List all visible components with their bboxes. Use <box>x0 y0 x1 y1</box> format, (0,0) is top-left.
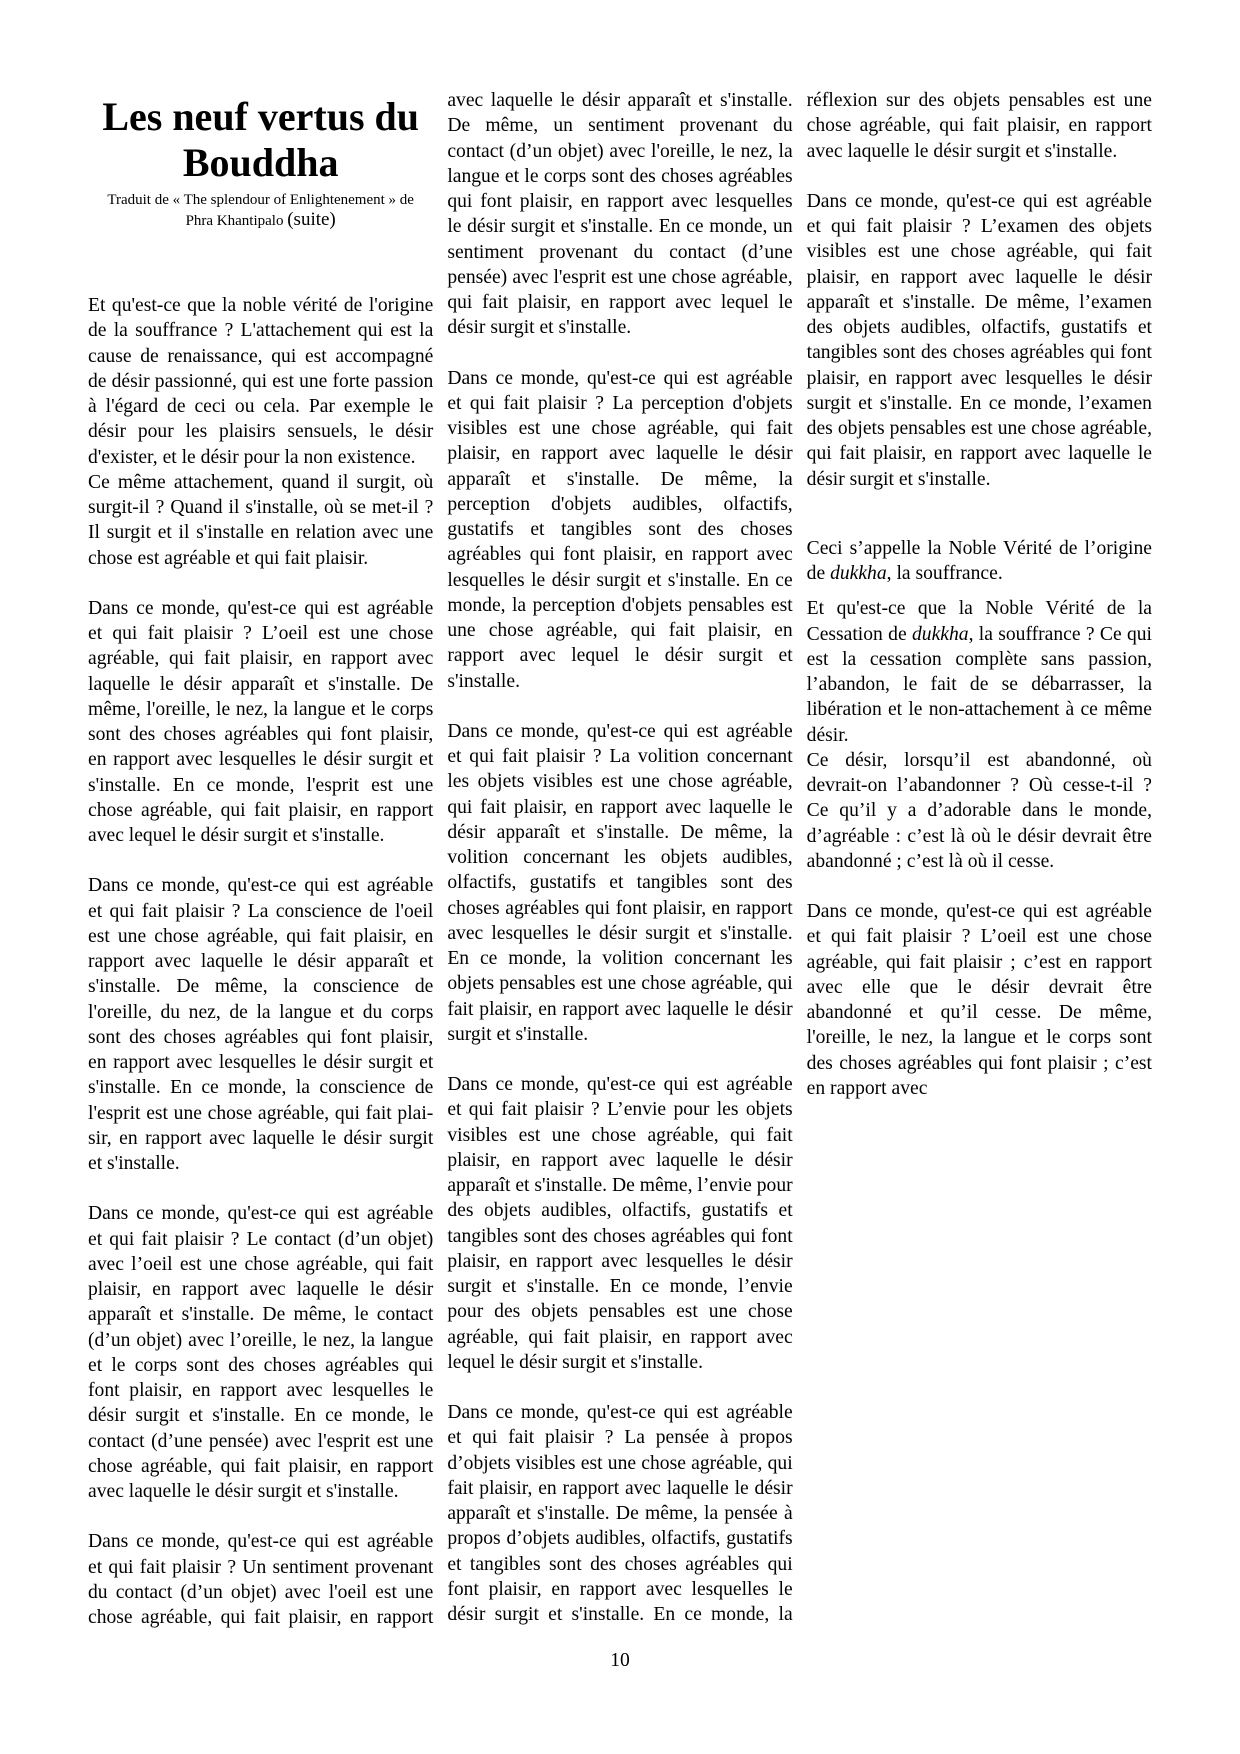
page-number: 10 <box>88 1648 1152 1673</box>
paragraph: Et qu'est-ce que la noble vérité de l'or… <box>88 293 433 470</box>
paragraph: Ce même attachement, quand il sur­git, o… <box>88 470 433 571</box>
paragraph: Ceci s’appelle la Noble Vérité de l’orig… <box>807 536 1152 587</box>
subtitle-line1: Traduit de « The splendour of Enlightene… <box>107 192 414 208</box>
paragraph: Dans ce monde, qu'est-ce qui est agréabl… <box>88 1201 433 1504</box>
text-run: Ce même attachement, quand il sur­git, o… <box>88 472 433 569</box>
paragraph: Dans ce monde, qu'est-ce qui est agréabl… <box>447 719 792 1047</box>
text-run: Dans ce monde, qu'est-ce qui est agréabl… <box>88 875 433 1174</box>
paragraph: Dans ce monde, qu'est-ce qui est agréabl… <box>88 596 433 849</box>
document-page: Les neuf vertus du Bouddha Traduit de « … <box>0 0 1240 1754</box>
page-title: Les neuf vertus du Bouddha <box>88 94 433 186</box>
text-run: Dans ce monde, qu'est-ce qui est agréabl… <box>88 598 433 846</box>
paragraph: Dans ce monde, qu'est-ce qui est agréabl… <box>88 873 433 1176</box>
paragraph: Ce désir, lorsqu’il est abandonné, où de… <box>807 748 1152 874</box>
text-run: Dans ce monde, qu'est-ce qui est agréabl… <box>447 368 792 692</box>
paragraph: Dans ce monde, qu'est-ce qui est agréabl… <box>447 366 792 694</box>
subtitle-line2: Phra Khantipalo <box>186 213 288 229</box>
article-subtitle: Traduit de « The splendour of Enlightene… <box>88 190 433 231</box>
text-run: , la souffrance. <box>887 563 1003 584</box>
paragraph: Dans ce monde, qu'est-ce qui est agréabl… <box>807 189 1152 492</box>
subtitle-suite-label: (suite) <box>287 209 336 230</box>
text-run: Et qu'est-ce que la noble vérité de l'or… <box>88 295 433 468</box>
italic-term: dukkha <box>912 624 969 645</box>
italic-term: dukkha <box>830 563 887 584</box>
text-run: Dans ce monde, qu'est-ce qui est agréabl… <box>88 1203 433 1502</box>
text-run: Dans ce monde, qu'est-ce qui est agréabl… <box>807 901 1152 1099</box>
text-run: Dans ce monde, qu'est-ce qui est agréabl… <box>447 721 792 1045</box>
text-run: Dans ce monde, qu'est-ce qui est agréabl… <box>447 1074 792 1373</box>
text-run: Ce désir, lorsqu’il est abandonné, où de… <box>807 750 1152 872</box>
article-body: Et qu'est-ce que la noble vérité de l'or… <box>88 88 1152 1650</box>
text-run: Dans ce monde, qu'est-ce qui est agréabl… <box>807 191 1152 490</box>
paragraph: Dans ce monde, qu'est-ce qui est agréabl… <box>807 899 1152 1101</box>
paragraph: Et qu'est-ce que la Noble Vérité de la C… <box>807 596 1152 748</box>
article-columns: Les neuf vertus du Bouddha Traduit de « … <box>88 88 1152 1650</box>
paragraph: Dans ce monde, qu'est-ce qui est agréabl… <box>447 1072 792 1375</box>
